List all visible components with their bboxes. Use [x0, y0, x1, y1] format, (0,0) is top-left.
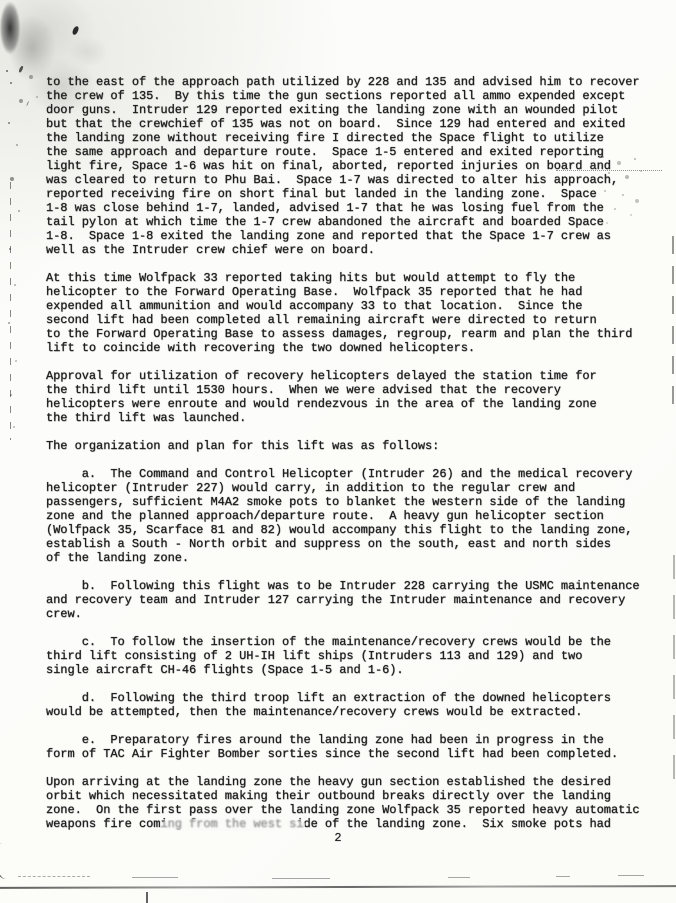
ink-speckles-left-margin — [6, 70, 8, 72]
scan-dash-artifact — [618, 875, 644, 876]
scan-dash-artifact — [448, 877, 470, 878]
paragraph: Upon arriving at the landing zone the he… — [46, 775, 670, 831]
scan-dash-artifact — [18, 876, 90, 877]
handwritten-paren-mark — [0, 842, 16, 880]
paragraph-item-c: c. To follow the insertion of the mainte… — [46, 635, 670, 677]
right-page-edge-line — [672, 236, 674, 408]
paragraph-item-e: e. Preparatory fires around the landing … — [46, 733, 670, 761]
page-bottom-scan-line — [0, 885, 676, 889]
scan-tick-mark — [146, 892, 148, 903]
paragraph-item-a: a. The Command and Control Helicopter (I… — [46, 467, 670, 565]
page-fold-line — [10, 182, 11, 440]
page-number: 2 — [0, 831, 676, 845]
paragraph: Approval for utilization of recovery hel… — [46, 369, 670, 425]
paragraph: At this time Wolfpack 33 reported taking… — [46, 271, 670, 355]
paragraph-item-d: d. Following the third troop lift an ext… — [46, 691, 670, 719]
document-text-block: to the east of the approach path utilize… — [46, 75, 670, 831]
paragraph-item-b: b. Following this flight was to be Intru… — [46, 579, 670, 621]
paragraph: The organization and plan for this lift … — [46, 439, 670, 453]
right-page-edge-line — [673, 555, 675, 790]
scanned-document-page: to the east of the approach path utilize… — [0, 0, 676, 903]
paragraph: to the east of the approach path utilize… — [46, 75, 670, 257]
scan-dash-artifact — [272, 878, 330, 879]
scan-dash-artifact — [132, 877, 178, 878]
ink-blot-mark — [72, 25, 80, 35]
scan-dash-artifact — [556, 876, 570, 877]
